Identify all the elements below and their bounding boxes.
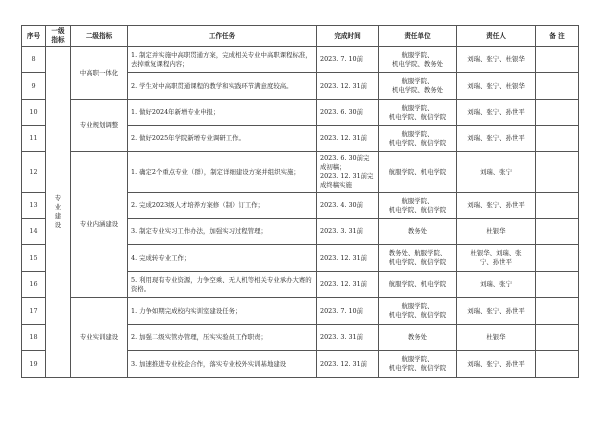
row-seq: 13 [22,193,46,219]
row-seq: 9 [22,73,46,100]
row-task: 5. 利用现有专业资源，力争空乘、无人机等相关专业承办大赛的资格。 [128,272,317,298]
row-unit: 航服学院、机电学院 [379,272,457,298]
row-person: 杜银华、刘瑞、张 宁、孙世平 [457,245,536,272]
row-person: 刘瑞、张宁 [457,272,536,298]
row-seq: 15 [22,245,46,272]
header-unit: 责任单位 [379,26,457,47]
row-person: 杜银华 [457,325,536,351]
row-person: 刘瑞、张宁、孙世平 [457,100,536,126]
row-note [536,73,579,100]
row-task: 2. 学生对中高职贯通课程的教学和实践环节满意度较高。 [128,73,317,100]
header-task: 工作任务 [128,26,317,47]
row-deadline: 2023. 12. 31前 [317,272,379,298]
row-task: 2. 加强二级实管办管理，压实实验员工作职责； [128,325,317,351]
row-unit: 航服学院、 机电学院、航信学院 [379,351,457,378]
row-person: 刘瑞、张宁、杜银华 [457,73,536,100]
level2-cell: 专业规划调整 [71,100,128,152]
row-note [536,325,579,351]
row-seq: 17 [22,298,46,325]
header-level1: 一级指标 [46,26,71,47]
row-seq: 11 [22,126,46,152]
header-deadline: 完成时间 [317,26,379,47]
row-task: 3. 加速推进专业校企合作，落实专业校外实训基地建设 [128,351,317,378]
row-deadline: 2023. 12. 31前 [317,126,379,152]
header-person: 责任人 [457,26,536,47]
row-note [536,219,579,245]
row-note [536,100,579,126]
row-note [536,272,579,298]
row-note [536,245,579,272]
row-unit: 航服学院、 机电学院、教务处 [379,73,457,100]
row-unit: 教务处 [379,325,457,351]
row-deadline: 2023. 6. 30前完成初稿； 2023. 12. 31前完成终稿实施 [317,152,379,193]
row-person: 刘瑞、张宁 [457,152,536,193]
row-person: 刘瑞、张宁、孙世平 [457,298,536,325]
row-note [536,126,579,152]
row-note [536,152,579,193]
row-person: 刘瑞、张宁、杜银华 [457,47,536,73]
level2-cell: 专业内涵建设 [71,152,128,298]
row-unit: 航服学院、 机电学院、航信学院 [379,126,457,152]
level1-cell: 专业建设 [46,47,71,378]
row-task: 1. 制定并实施中高职贯通方案，完成相关专业中高职课程标准，去掉重复课程内容； [128,47,317,73]
row-deadline: 2023. 12. 31前 [317,351,379,378]
row-task: 1. 力争如期完成校内实训室建设任务； [128,298,317,325]
row-deadline: 2023. 12. 31前 [317,73,379,100]
header-note: 备 注 [536,26,579,47]
row-seq: 19 [22,351,46,378]
row-deadline: 2023. 4. 30前 [317,193,379,219]
row-task: 2. 做好2025年学院新增专业调研工作。 [128,126,317,152]
row-unit: 教务处 [379,219,457,245]
header-row: 序号 一级指标 二级指标 工作任务 完成时间 责任单位 责任人 备 注 [22,26,579,47]
row-note [536,193,579,219]
row-deadline: 2023. 12. 31前 [317,245,379,272]
row-person: 刘瑞、张宁、孙世平 [457,351,536,378]
row-note [536,298,579,325]
row-unit: 航服学院、 机电学院、航信学院 [379,193,457,219]
row-person: 刘瑞、张宁、孙世平 [457,126,536,152]
header-level2: 二级指标 [71,26,128,47]
header-seq: 序号 [22,26,46,47]
row-unit: 航服学院、 机电学院、航信学院 [379,100,457,126]
row-note [536,47,579,73]
row-task: 2. 完成2023级人才培养方案修（制）订工作； [128,193,317,219]
table-row: 17 专业实训建设 1. 力争如期完成校内实训室建设任务； 2023. 7. 1… [22,298,579,325]
row-unit: 教务处、航服学院、 机电学院、航信学院 [379,245,457,272]
level2-cell: 专业实训建设 [71,298,128,378]
row-seq: 12 [22,152,46,193]
row-unit: 航服学院、 机电学院、教务处 [379,47,457,73]
row-deadline: 2023. 7. 10前 [317,298,379,325]
row-note [536,351,579,378]
row-deadline: 2023. 3. 31前 [317,219,379,245]
row-unit: 航服学院、 机电学院、航信学院 [379,298,457,325]
row-seq: 14 [22,219,46,245]
row-person: 杜银华 [457,219,536,245]
row-seq: 18 [22,325,46,351]
row-person: 刘瑞、张宁、孙世平 [457,193,536,219]
table-row: 12 专业内涵建设 1. 确定2个重点专业（群），制定详细建设方案并组织实施； … [22,152,579,193]
row-deadline: 2023. 6. 30前 [317,100,379,126]
row-task: 3. 制定专业实习工作办法，加强实习过程管理； [128,219,317,245]
row-seq: 16 [22,272,46,298]
table-row: 10 专业规划调整 1. 做好2024年新增专业申报； 2023. 6. 30前… [22,100,579,126]
row-unit: 航服学院、机电学院 [379,152,457,193]
work-plan-table: 序号 一级指标 二级指标 工作任务 完成时间 责任单位 责任人 备 注 8 专业… [21,25,579,378]
level1-label: 专业建设 [54,194,62,230]
row-deadline: 2023. 7. 10前 [317,47,379,73]
row-task: 1. 确定2个重点专业（群），制定详细建设方案并组织实施； [128,152,317,193]
row-task: 4. 完成转专业工作； [128,245,317,272]
row-seq: 10 [22,100,46,126]
level2-cell: 中高职一体化 [71,47,128,100]
table-row: 8 专业建设 中高职一体化 1. 制定并实施中高职贯通方案，完成相关专业中高职课… [22,47,579,73]
row-task: 1. 做好2024年新增专业申报； [128,100,317,126]
row-deadline: 2023. 3. 31前 [317,325,379,351]
row-seq: 8 [22,47,46,73]
